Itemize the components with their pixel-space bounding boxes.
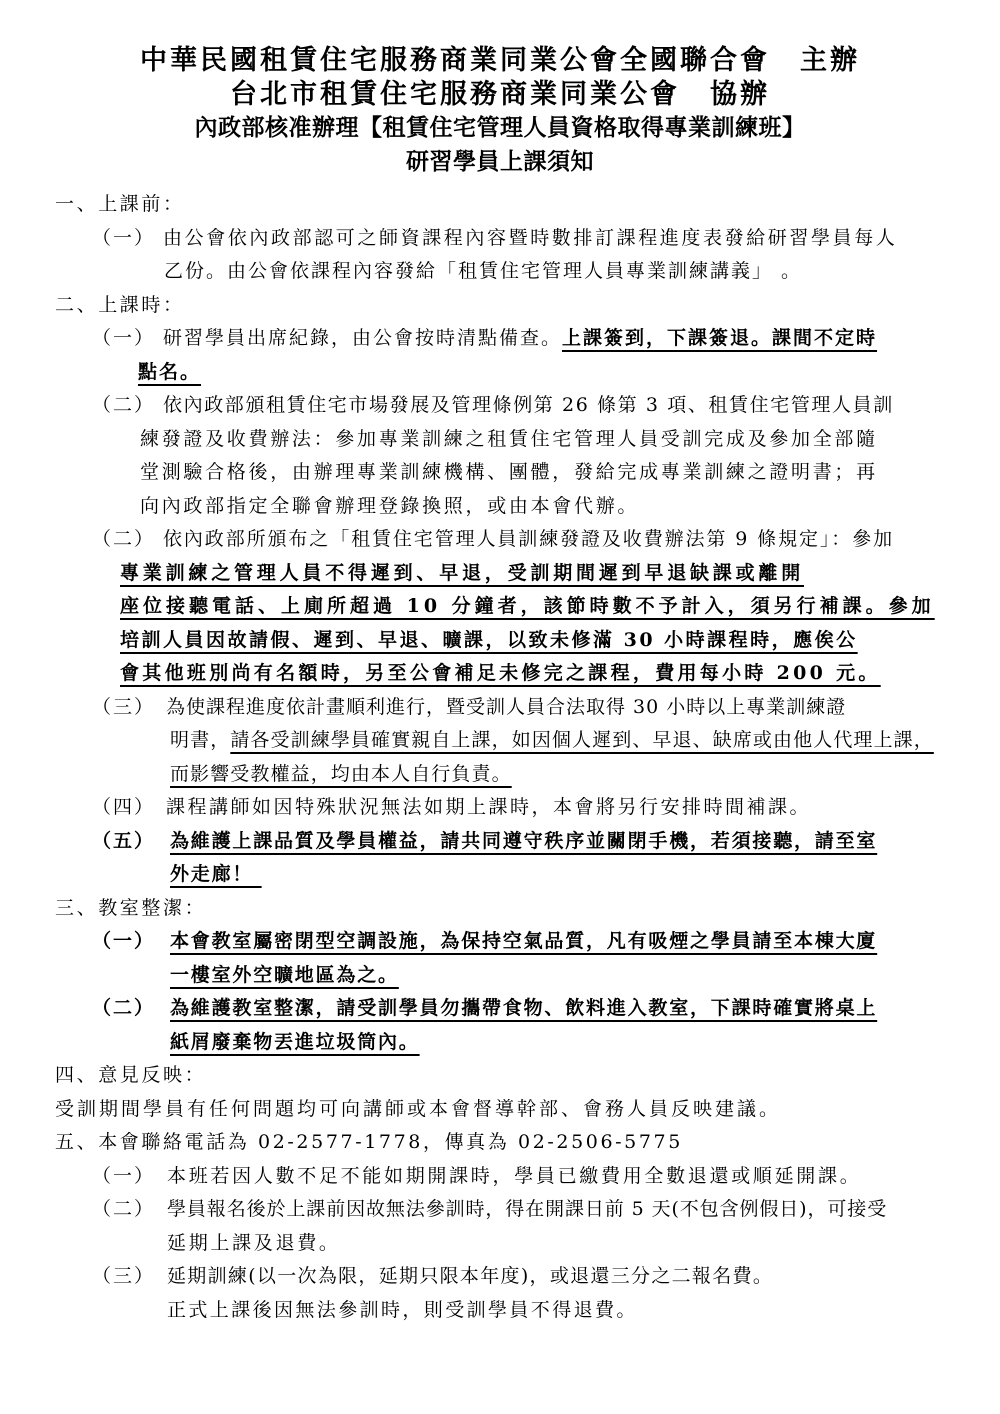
doc-line: （二）依內政部所頒布之「租賃住宅管理人員訓練發證及收費辦法第 9 條規定」：參加: [0, 523, 1000, 557]
item-marker: （二）: [92, 389, 155, 423]
text-segment: 練發證及收費辦法：參加專業訓練之租賃住宅管理人員受訓完成及參加全部隨: [140, 428, 878, 450]
doc-line: （三）延期訓練(以一次為限，延期只限本年度)，或退還三分之二報名費。: [0, 1260, 1000, 1294]
doc-line: 一樓室外空曠地區為之。: [0, 959, 1000, 993]
item-marker: （二）: [92, 523, 155, 557]
text-segment: 為維護上課品質及學員權益，請共同遵守秩序並關閉手機，若須接聽，請至室: [170, 830, 877, 852]
text-segment: 一樓室外空曠地區為之。: [170, 964, 399, 986]
doc-title-line: 中華民國租賃住宅服務商業同業公會全國聯合會 主辦: [0, 44, 1000, 78]
text-segment: 五、本會聯絡電話為 02-2577-1778，傳真為 02-2506-5775: [55, 1131, 683, 1153]
doc-line: 座位接聽電話、上廁所超過 10 分鐘者，該節時數不予計入，須另行補課。參加: [0, 590, 1000, 624]
document-page: 中華民國租賃住宅服務商業同業公會全國聯合會 主辦台北市租賃住宅服務商業同業公會 …: [0, 0, 1000, 1414]
text-segment: 而影響受教權益，均由本人自行負責。: [170, 763, 512, 785]
doc-line: 會其他班別尚有名額時，另至公會補足未修完之課程，費用每小時 200 元。: [0, 657, 1000, 691]
text-segment: 延期訓練(以一次為限，延期只限本年度)，或退還三分之二報名費。: [167, 1265, 773, 1287]
item-marker: （一）: [92, 925, 155, 959]
doc-line: （一）本會教室屬密閉型空調設施，為保持空氣品質，凡有吸煙之學員請至本棟大廈: [0, 925, 1000, 959]
body-block: 一、上課前：（一）由公會依內政部認可之師資課程內容暨時數排訂課程進度表發給研習學…: [0, 188, 1000, 1327]
text-segment: 四、意見反映：: [55, 1064, 206, 1086]
doc-line: 五、本會聯絡電話為 02-2577-1778，傳真為 02-2506-5775: [0, 1126, 1000, 1160]
text-segment: 座位接聽電話、上廁所超過 10 分鐘者，該節時數不予計入，須另行補課。參加: [120, 595, 935, 617]
title-block: 中華民國租賃住宅服務商業同業公會全國聯合會 主辦台北市租賃住宅服務商業同業公會 …: [0, 44, 1000, 178]
text-segment: 為維護教室整潔，請受訓學員勿攜帶食物、飲料進入教室，下課時確實將桌上: [170, 997, 877, 1019]
text-segment: 請各受訓練學員確實親自上課，如因個人遲到、早退、缺席或由他人代理上課，: [230, 729, 934, 751]
doc-line: 四、意見反映：: [0, 1059, 1000, 1093]
text-segment: 專業訓練之管理人員不得遲到、早退，受訓期間遲到早退缺課或離開: [120, 562, 804, 584]
item-marker: （二）: [92, 992, 155, 1026]
text-segment: 研習學員出席紀錄，由公會按時清點備查。: [163, 327, 562, 349]
text-segment: 一、上課前：: [55, 193, 185, 215]
doc-line: （三）為使課程進度依計畫順利進行，暨受訓人員合法取得 30 小時以上專業訓練證: [0, 691, 1000, 725]
item-marker: （一）: [92, 222, 155, 256]
doc-line: （一）由公會依內政部認可之師資課程內容暨時數排訂課程進度表發給研習學員每人: [0, 222, 1000, 256]
doc-title-line: 台北市租賃住宅服務商業同業公會 協辦: [0, 78, 1000, 112]
doc-line: 堂測驗合格後，由辦理專業訓練機構、團體，發給完成專業訓練之證明書；再: [0, 456, 1000, 490]
text-segment: 堂測驗合格後，由辦理專業訓練機構、團體，發給完成專業訓練之證明書；再: [140, 461, 878, 483]
text-segment: 為使課程進度依計畫順利進行，暨受訓人員合法取得 30 小時以上專業訓練證: [166, 696, 846, 718]
item-marker: （二）: [92, 1193, 155, 1227]
text-segment: 點名。: [138, 361, 201, 383]
doc-line: 點名。: [0, 356, 1000, 390]
text-segment: 學員報名後於上課前因故無法參訓時，得在開課日前 5 天(不包含例假日)，可接受: [167, 1198, 887, 1220]
doc-line: 專業訓練之管理人員不得遲到、早退，受訓期間遲到早退缺課或離開: [0, 557, 1000, 591]
doc-line: 練發證及收費辦法：參加專業訓練之租賃住宅管理人員受訓完成及參加全部隨: [0, 423, 1000, 457]
doc-line: 明書，請各受訓練學員確實親自上課，如因個人遲到、早退、缺席或由他人代理上課，: [0, 724, 1000, 758]
item-marker: （四）: [92, 791, 155, 825]
text-segment: 正式上課後因無法參訓時，則受訓學員不得退費。: [167, 1299, 638, 1321]
text-segment: 依內政部所頒布之「租賃住宅管理人員訓練發證及收費辦法第 9 條規定」：參加: [163, 528, 894, 550]
item-marker: （三）: [92, 691, 155, 725]
text-segment: 受訓期間學員有任何問題均可向講師或本會督導幹部、會務人員反映建議。: [55, 1098, 781, 1120]
doc-title-line: 研習學員上課須知: [0, 145, 1000, 179]
text-segment: 三、教室整潔：: [55, 897, 206, 919]
doc-line: 培訓人員因故請假、遲到、早退、曠課，以致未修滿 30 小時課程時，應俟公: [0, 624, 1000, 658]
doc-line: （二）學員報名後於上課前因故無法參訓時，得在開課日前 5 天(不包含例假日)，可…: [0, 1193, 1000, 1227]
text-segment: 會其他班別尚有名額時，另至公會補足未修完之課程，費用每小時 200 元。: [120, 662, 881, 684]
doc-line: 受訓期間學員有任何問題均可向講師或本會督導幹部、會務人員反映建議。: [0, 1093, 1000, 1127]
doc-line: 二、上課時：: [0, 289, 1000, 323]
doc-line: 紙屑廢棄物丟進垃圾筒內。: [0, 1026, 1000, 1060]
text-segment: 明書，: [170, 729, 230, 751]
text-segment: 外走廊！: [170, 863, 262, 885]
text-segment: 由公會依內政部認可之師資課程內容暨時數排訂課程進度表發給研習學員每人: [163, 227, 897, 249]
doc-title-line: 內政部核准辦理【租賃住宅管理人員資格取得專業訓練班】: [0, 111, 1000, 145]
text-segment: 向內政部指定全聯會辦理登錄換照，或由本會代辦。: [140, 495, 639, 517]
text-segment: 乙份。由公會依課程內容發給「租賃住宅管理人員專業訓練講義」 。: [164, 260, 802, 282]
doc-line: 三、教室整潔：: [0, 892, 1000, 926]
doc-line: 向內政部指定全聯會辦理登錄換照，或由本會代辦。: [0, 490, 1000, 524]
doc-line: （五）為維護上課品質及學員權益，請共同遵守秩序並關閉手機，若須接聽，請至室: [0, 825, 1000, 859]
item-marker: （三）: [92, 1260, 155, 1294]
text-segment: 二、上課時：: [55, 294, 185, 316]
doc-line: 延期上課及退費。: [0, 1227, 1000, 1261]
text-segment: 延期上課及退費。: [167, 1232, 341, 1254]
doc-line: （一）本班若因人數不足不能如期開課時，學員已繳費用全數退還或順延開課。: [0, 1160, 1000, 1194]
item-marker: （一）: [92, 1160, 155, 1194]
doc-line: 乙份。由公會依課程內容發給「租賃住宅管理人員專業訓練講義」 。: [0, 255, 1000, 289]
doc-line: （四）課程講師如因特殊狀況無法如期上課時，本會將另行安排時間補課。: [0, 791, 1000, 825]
doc-line: 一、上課前：: [0, 188, 1000, 222]
doc-line: （二）為維護教室整潔，請受訓學員勿攜帶食物、飲料進入教室，下課時確實將桌上: [0, 992, 1000, 1026]
item-marker: （五）: [92, 825, 155, 859]
text-segment: 紙屑廢棄物丟進垃圾筒內。: [170, 1031, 420, 1053]
text-segment: 依內政部頒租賃住宅市場發展及管理條例第 26 條第 3 項、租賃住宅管理人員訓: [163, 394, 894, 416]
text-segment: 本會教室屬密閉型空調設施，為保持空氣品質，凡有吸煙之學員請至本棟大廈: [170, 930, 877, 952]
item-marker: （一）: [92, 322, 155, 356]
doc-line: （一）研習學員出席紀錄，由公會按時清點備查。上課簽到，下課簽退。課間不定時: [0, 322, 1000, 356]
text-segment: 課程講師如因特殊狀況無法如期上課時，本會將另行安排時間補課。: [166, 796, 811, 818]
doc-line: （二）依內政部頒租賃住宅市場發展及管理條例第 26 條第 3 項、租賃住宅管理人…: [0, 389, 1000, 423]
text-segment: 上課簽到，下課簽退。課間不定時: [562, 327, 877, 349]
text-segment: 本班若因人數不足不能如期開課時，學員已繳費用全數退還或順延開課。: [167, 1165, 861, 1187]
doc-line: 正式上課後因無法參訓時，則受訓學員不得退費。: [0, 1294, 1000, 1328]
text-segment: 培訓人員因故請假、遲到、早退、曠課，以致未修滿 30 小時課程時，應俟公: [120, 629, 858, 651]
doc-line: 外走廊！: [0, 858, 1000, 892]
doc-line: 而影響受教權益，均由本人自行負責。: [0, 758, 1000, 792]
